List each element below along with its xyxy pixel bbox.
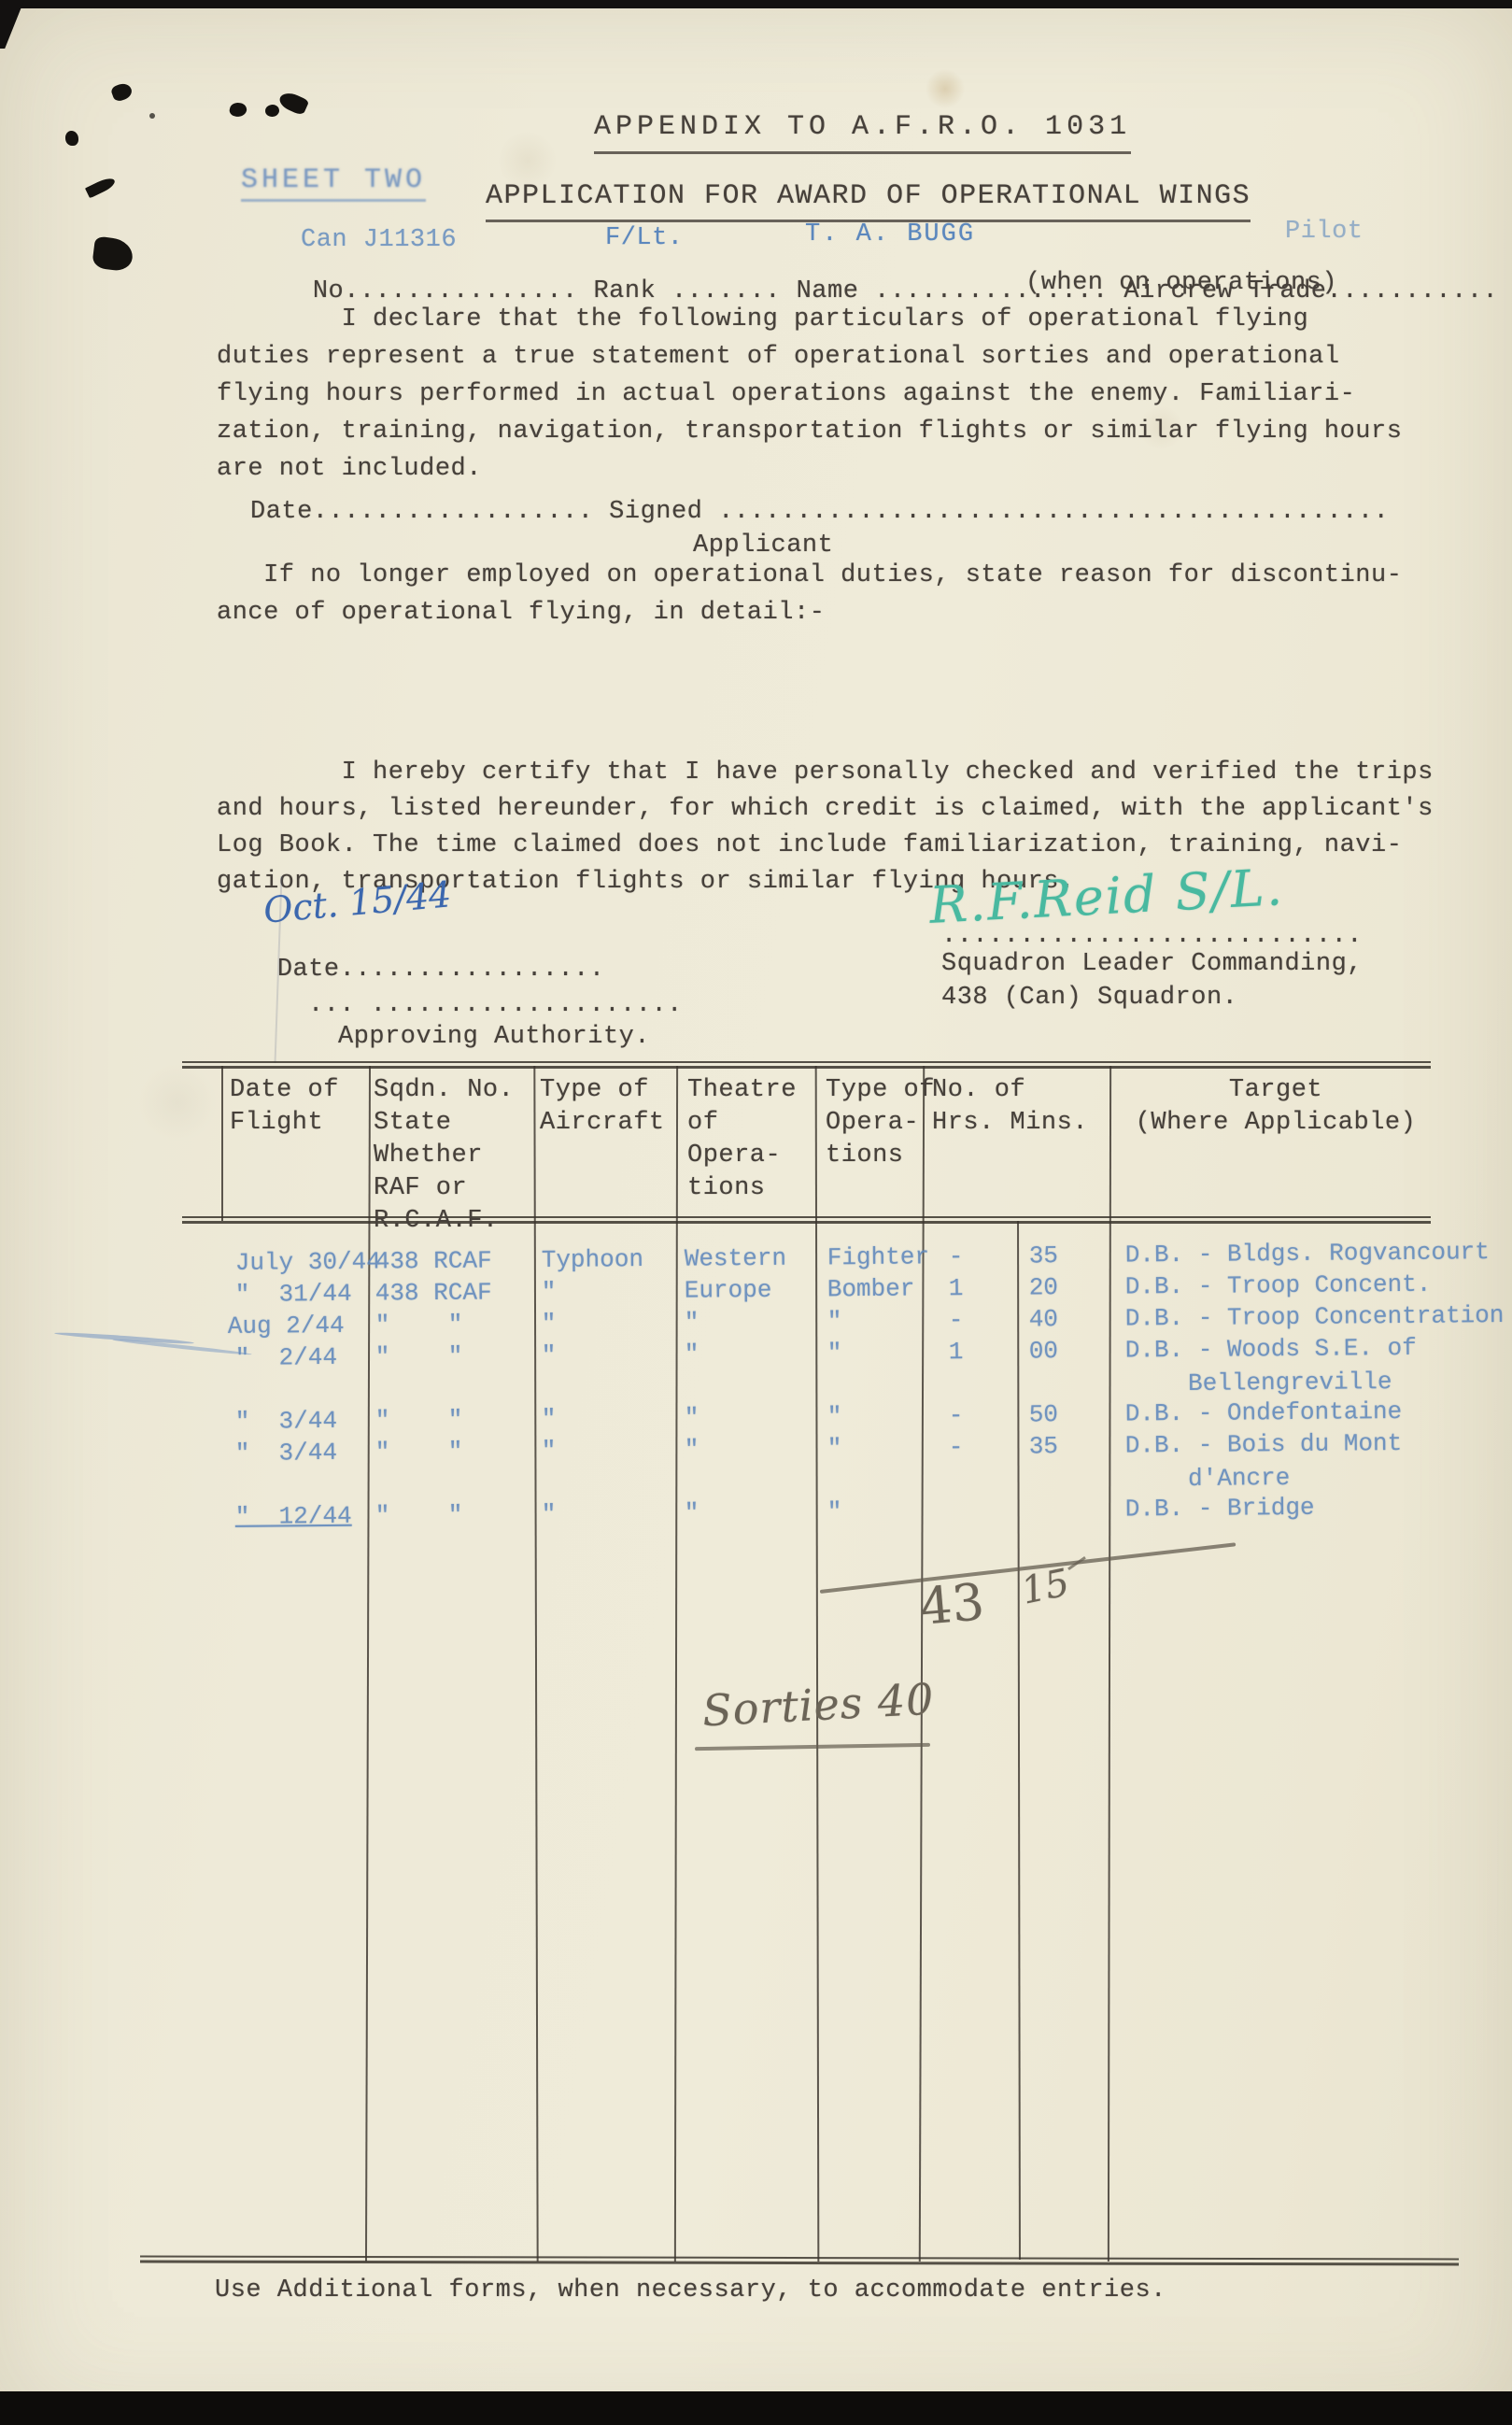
- cell-target: D.B. - Woods S.E. of: [1125, 1334, 1417, 1365]
- trade-note: (when on operations): [1025, 264, 1337, 302]
- cell-operations: ": [827, 1339, 842, 1367]
- ink-blob: [229, 101, 248, 118]
- cell-date: Aug 2/44: [228, 1312, 345, 1340]
- cell-hours: -: [949, 1306, 964, 1334]
- cell-target: D.B. - Troop Concent.: [1125, 1270, 1432, 1301]
- cell-theatre: Europe: [685, 1276, 772, 1305]
- certify-date-dots: .................: [340, 956, 605, 984]
- cell-date: " 2/44: [235, 1343, 337, 1372]
- ink-blob: [65, 131, 78, 146]
- cell-operations: ": [827, 1497, 842, 1525]
- approving-authority-label: Approving Authority.: [338, 1018, 650, 1056]
- header-type-of-operations: Type of Opera- tions: [826, 1074, 935, 1172]
- header-no-of-hrs-mins: No. of Hrs. Mins.: [932, 1074, 1088, 1140]
- ink-blob: [85, 176, 117, 199]
- name-value: T. A. BUGG: [805, 216, 975, 253]
- cell-minutes: 35: [1029, 1432, 1058, 1460]
- cell-target-continued: d'Ancre: [1188, 1464, 1290, 1493]
- cell-operations: Bomber: [827, 1275, 915, 1304]
- cell-date: " 3/44: [235, 1439, 337, 1468]
- scan-edge-bottom: [0, 2391, 1512, 2425]
- signer-title: Squadron Leader Commanding,: [941, 945, 1363, 983]
- cell-operations: ": [827, 1402, 842, 1430]
- total-hours-value: 43: [917, 1572, 986, 1637]
- cell-sqdn: " ": [375, 1438, 463, 1467]
- cell-minutes: 00: [1029, 1337, 1058, 1365]
- sorties-total: Sorties 40: [701, 1674, 936, 1737]
- header-target: Target (Where Applicable): [1117, 1074, 1434, 1140]
- col-rule-2: [533, 1066, 538, 2262]
- cell-sqdn: 438 RCAF: [375, 1246, 492, 1275]
- rank-value: F/Lt.: [605, 220, 684, 257]
- cell-sqdn: " ": [375, 1342, 463, 1371]
- cell-target: D.B. - Troop Concentration: [1125, 1301, 1505, 1333]
- cell-theatre: ": [685, 1309, 699, 1337]
- cell-aircraft: ": [542, 1405, 557, 1433]
- table-bottom-rule: [140, 2256, 1459, 2261]
- declaration-paragraph: I declare that the following particulars…: [217, 301, 1477, 488]
- cell-date: July 30/44: [235, 1248, 381, 1277]
- signer-unit: 438 (Can) Squadron.: [941, 979, 1237, 1016]
- table-bottom-rule-2: [140, 2261, 1459, 2266]
- cell-aircraft: ": [542, 1310, 557, 1338]
- cell-target: D.B. - Bois du Mont: [1125, 1429, 1403, 1460]
- discontinuance-paragraph: If no longer employed on operational dut…: [217, 557, 1477, 631]
- cell-theatre: ": [685, 1436, 699, 1464]
- certify-date-label: Date: [277, 956, 340, 984]
- scan-edge-top: [0, 0, 1512, 8]
- service-number-value: Can J11316: [301, 221, 457, 259]
- col-rule-left: [221, 1066, 223, 1221]
- cell-sqdn: " ": [375, 1406, 463, 1435]
- cell-target: D.B. - Bridge: [1125, 1494, 1315, 1524]
- trade-value: Pilot: [1285, 213, 1364, 250]
- cell-operations: ": [827, 1434, 842, 1462]
- ink-blob: [277, 90, 310, 117]
- cell-minutes: 50: [1029, 1400, 1058, 1428]
- ink-blob: [264, 104, 280, 118]
- header-type-of-aircraft: Type of Aircraft: [540, 1074, 665, 1140]
- cell-aircraft: ": [542, 1437, 557, 1465]
- cell-date: " 12/44: [235, 1502, 352, 1531]
- table-top-rule: [182, 1061, 1431, 1063]
- footer-note: Use Additional forms, when necessary, to…: [215, 2272, 1166, 2309]
- ink-speck: [149, 113, 155, 119]
- cell-minutes: 20: [1029, 1273, 1058, 1301]
- cell-sqdn: 438 RCAF: [375, 1278, 492, 1307]
- header-theatre-of-operations: Theatre of Opera- tions: [687, 1074, 797, 1205]
- cell-target: D.B. - Ondefontaine: [1125, 1397, 1403, 1428]
- cell-operations: Fighter: [827, 1242, 929, 1271]
- col-rule-1: [365, 1066, 371, 2262]
- header-date-of-flight: Date of Flight: [230, 1074, 339, 1140]
- ink-blob: [110, 81, 134, 103]
- header-sqdn-no: Sqdn. No. State Whether RAF or R.C.A.F.: [374, 1074, 514, 1238]
- cell-target-continued: Bellengreville: [1188, 1368, 1392, 1397]
- sheet-stamp: SHEET TWO: [241, 164, 426, 202]
- cell-hours: -: [949, 1242, 964, 1270]
- cell-theatre: ": [685, 1404, 699, 1432]
- scanned-document-page: APPENDIX TO A.F.R.O. 1031 SHEET TWO APPL…: [0, 0, 1512, 2425]
- cell-theatre: ": [685, 1499, 699, 1527]
- cell-operations: ": [827, 1307, 842, 1335]
- cell-minutes: 35: [1029, 1241, 1058, 1269]
- cell-target: D.B. - Bldgs. Rogvancourt: [1125, 1238, 1490, 1269]
- cell-aircraft: ": [542, 1500, 557, 1528]
- cell-hours: 1: [949, 1338, 964, 1366]
- cell-date: " 3/44: [235, 1407, 337, 1436]
- cell-theatre: ": [685, 1340, 699, 1368]
- cell-date: " 31/44: [235, 1280, 352, 1309]
- date-signed-line: Date.................. Signed ..........…: [250, 493, 1389, 531]
- page-title: APPENDIX TO A.F.R.O. 1031: [594, 108, 1131, 154]
- cell-hours: 1: [949, 1274, 964, 1302]
- total-minutes-value: 15: [1018, 1561, 1073, 1613]
- cell-aircraft: Typhoon: [542, 1245, 643, 1274]
- sorties-underline: [695, 1743, 930, 1751]
- cell-hours: -: [949, 1433, 964, 1461]
- cell-theatre: Western: [685, 1244, 786, 1273]
- scan-edge-top-left: [0, 0, 24, 49]
- cell-aircraft: ": [542, 1278, 557, 1306]
- cell-sqdn: " ": [375, 1311, 463, 1340]
- ink-blob: [92, 236, 134, 273]
- cell-hours: -: [949, 1401, 964, 1429]
- table-row: " 12/44 " " " " " D.B. - Bridge: [0, 1492, 1512, 1580]
- cell-minutes: 40: [1029, 1305, 1058, 1333]
- cell-sqdn: " ": [375, 1501, 463, 1530]
- cell-aircraft: ": [542, 1341, 557, 1369]
